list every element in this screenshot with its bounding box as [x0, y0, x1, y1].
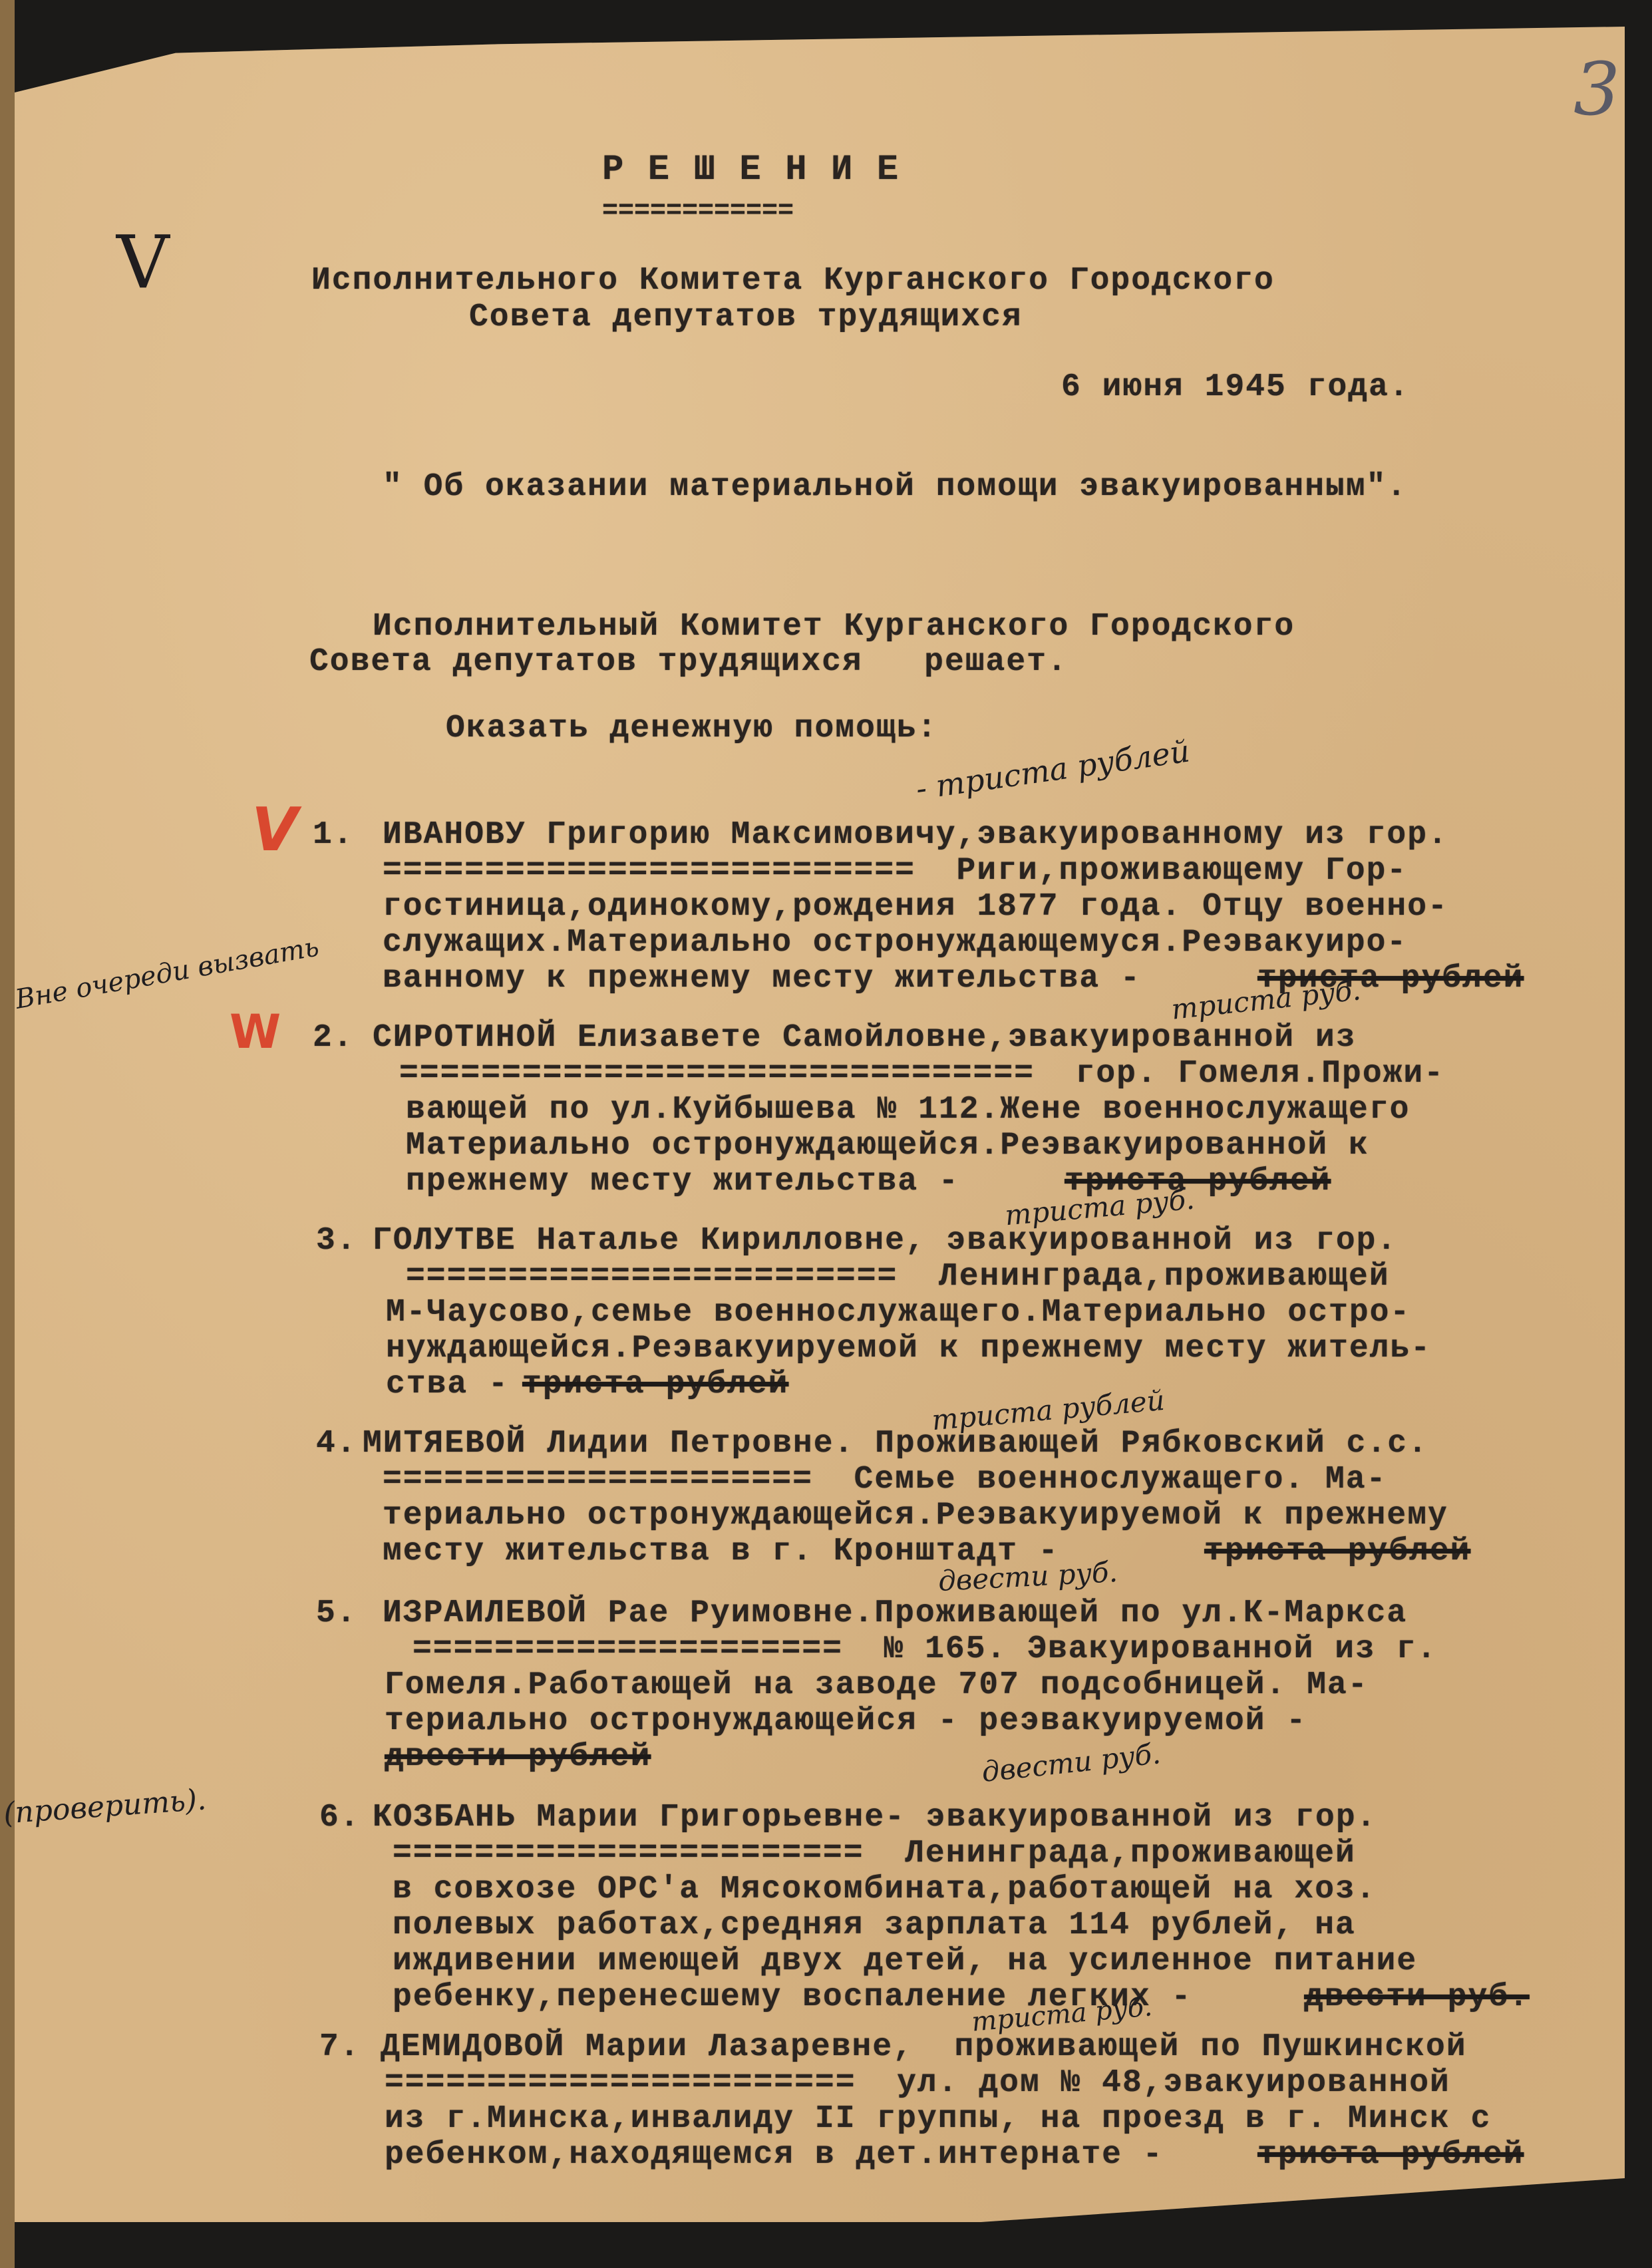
item-line: Материально остронуждающейся.Реэвакуиров… — [406, 1128, 1369, 1164]
item-line: ===================== № 165. Эвакуирован… — [413, 1631, 1437, 1667]
struck-amount: триста рублей — [1204, 1534, 1470, 1569]
struck-amount: двести рублей — [385, 1739, 651, 1775]
page-title: Р Е Ш Е Н И Е — [602, 150, 900, 190]
item-line: ИЗРАИЛЕВОЙ Рае Руимовне.Проживающей по у… — [383, 1595, 1407, 1631]
struck-amount: триста рублей — [522, 1367, 788, 1402]
item-line: гостиница,одинокому,рождения 1877 года. … — [383, 889, 1448, 925]
item-line: МИТЯЕВОЙ Лидии Петровне. Проживающей Ряб… — [363, 1426, 1428, 1462]
red-check-icon: V — [251, 795, 298, 865]
item-line: териально остронуждающейся - реэвакуируе… — [385, 1703, 1307, 1739]
item-line: ИВАНОВУ Григорию Максимовичу,эвакуирован… — [383, 817, 1448, 853]
item-number: 2. — [313, 1020, 354, 1056]
preamble-line-1: Исполнительный Комитет Курганского Город… — [373, 609, 1295, 645]
item-line: ======================= ул. дом № 48,эва… — [385, 2065, 1450, 2101]
struck-amount: двести руб. — [1304, 1979, 1530, 2015]
red-mark-icon: W — [230, 1005, 281, 1059]
item-line: КОЗБАНЬ Марии Григорьевне- эвакуированно… — [373, 1800, 1377, 1836]
item-line: ДЕМИДОВОЙ Марии Лазаревне, проживающей п… — [381, 2029, 1467, 2065]
item-line: М-Чаусово,семье военнослужащего.Материал… — [386, 1295, 1410, 1331]
item-line: прежнему месту жительства - — [406, 1164, 980, 1200]
item-line: СИРОТИНОЙ Елизавете Самойловне,эвакуиров… — [373, 1020, 1357, 1056]
item-line: вающей по ул.Куйбышева № 112.Жене военно… — [406, 1092, 1410, 1128]
item-line: нуждающейся.Реэвакуируемой к прежнему ме… — [386, 1331, 1431, 1367]
item-line: полевых работах,средняя зарплата 114 руб… — [393, 1907, 1356, 1943]
item-line: териально остронуждающейся.Реэвакуируемо… — [383, 1498, 1448, 1534]
item-line: ства - — [386, 1367, 530, 1402]
item-line: ребенком,находящемся в дет.интернате - — [385, 2137, 1184, 2173]
issuer-line-2: Совета депутатов трудящихся — [469, 299, 1023, 335]
check-mark-icon: V — [116, 220, 169, 305]
binding-edge — [0, 0, 15, 2268]
struck-amount: триста рублей — [1257, 2137, 1524, 2173]
item-number: 6. — [319, 1800, 361, 1836]
item-number: 1. — [313, 817, 354, 853]
item-number: 4. — [316, 1426, 357, 1462]
item-line: в совхозе ОРС'а Мясокомбината,работающей… — [393, 1871, 1377, 1907]
document-date: 6 июня 1945 года. — [1061, 369, 1410, 405]
document-subject: " Об оказании материальной помощи эвакуи… — [383, 469, 1407, 505]
item-line: ======================== Ленинграда,прож… — [406, 1259, 1390, 1295]
item-number: 7. — [319, 2029, 361, 2065]
title-underline: ============ — [602, 196, 794, 226]
item-line: ========================== Риги,проживаю… — [383, 853, 1407, 889]
page-number: 3 — [1573, 47, 1620, 132]
item-line: из г.Минска,инвалиду II группы, на проез… — [385, 2101, 1491, 2137]
item-line: Гомеля.Работающей на заводе 707 подсобни… — [385, 1667, 1369, 1703]
item-line: =============================== гор. Гом… — [399, 1056, 1444, 1092]
item-line: служащих.Материально остронуждающемуся.Р… — [383, 925, 1407, 961]
item-number: 3. — [316, 1223, 357, 1259]
item-line: ===================== Семье военнослужащ… — [383, 1462, 1387, 1498]
item-number: 5. — [316, 1595, 357, 1631]
item-line: иждивении имеющей двух детей, на усиленн… — [393, 1943, 1417, 1979]
issuer-line-1: Исполнительного Комитета Курганского Гор… — [311, 263, 1275, 299]
preamble-line-2: Совета депутатов трудящихся решает. — [309, 644, 1068, 680]
preamble-line-3: Оказать денежную помощь: — [446, 711, 937, 746]
item-line: ======================= Ленинграда,прожи… — [393, 1836, 1356, 1871]
item-line: ванному к прежнему месту жительства - — [383, 961, 1162, 997]
item-line: ГОЛУТВЕ Наталье Кирилловне, эвакуированн… — [373, 1223, 1397, 1259]
